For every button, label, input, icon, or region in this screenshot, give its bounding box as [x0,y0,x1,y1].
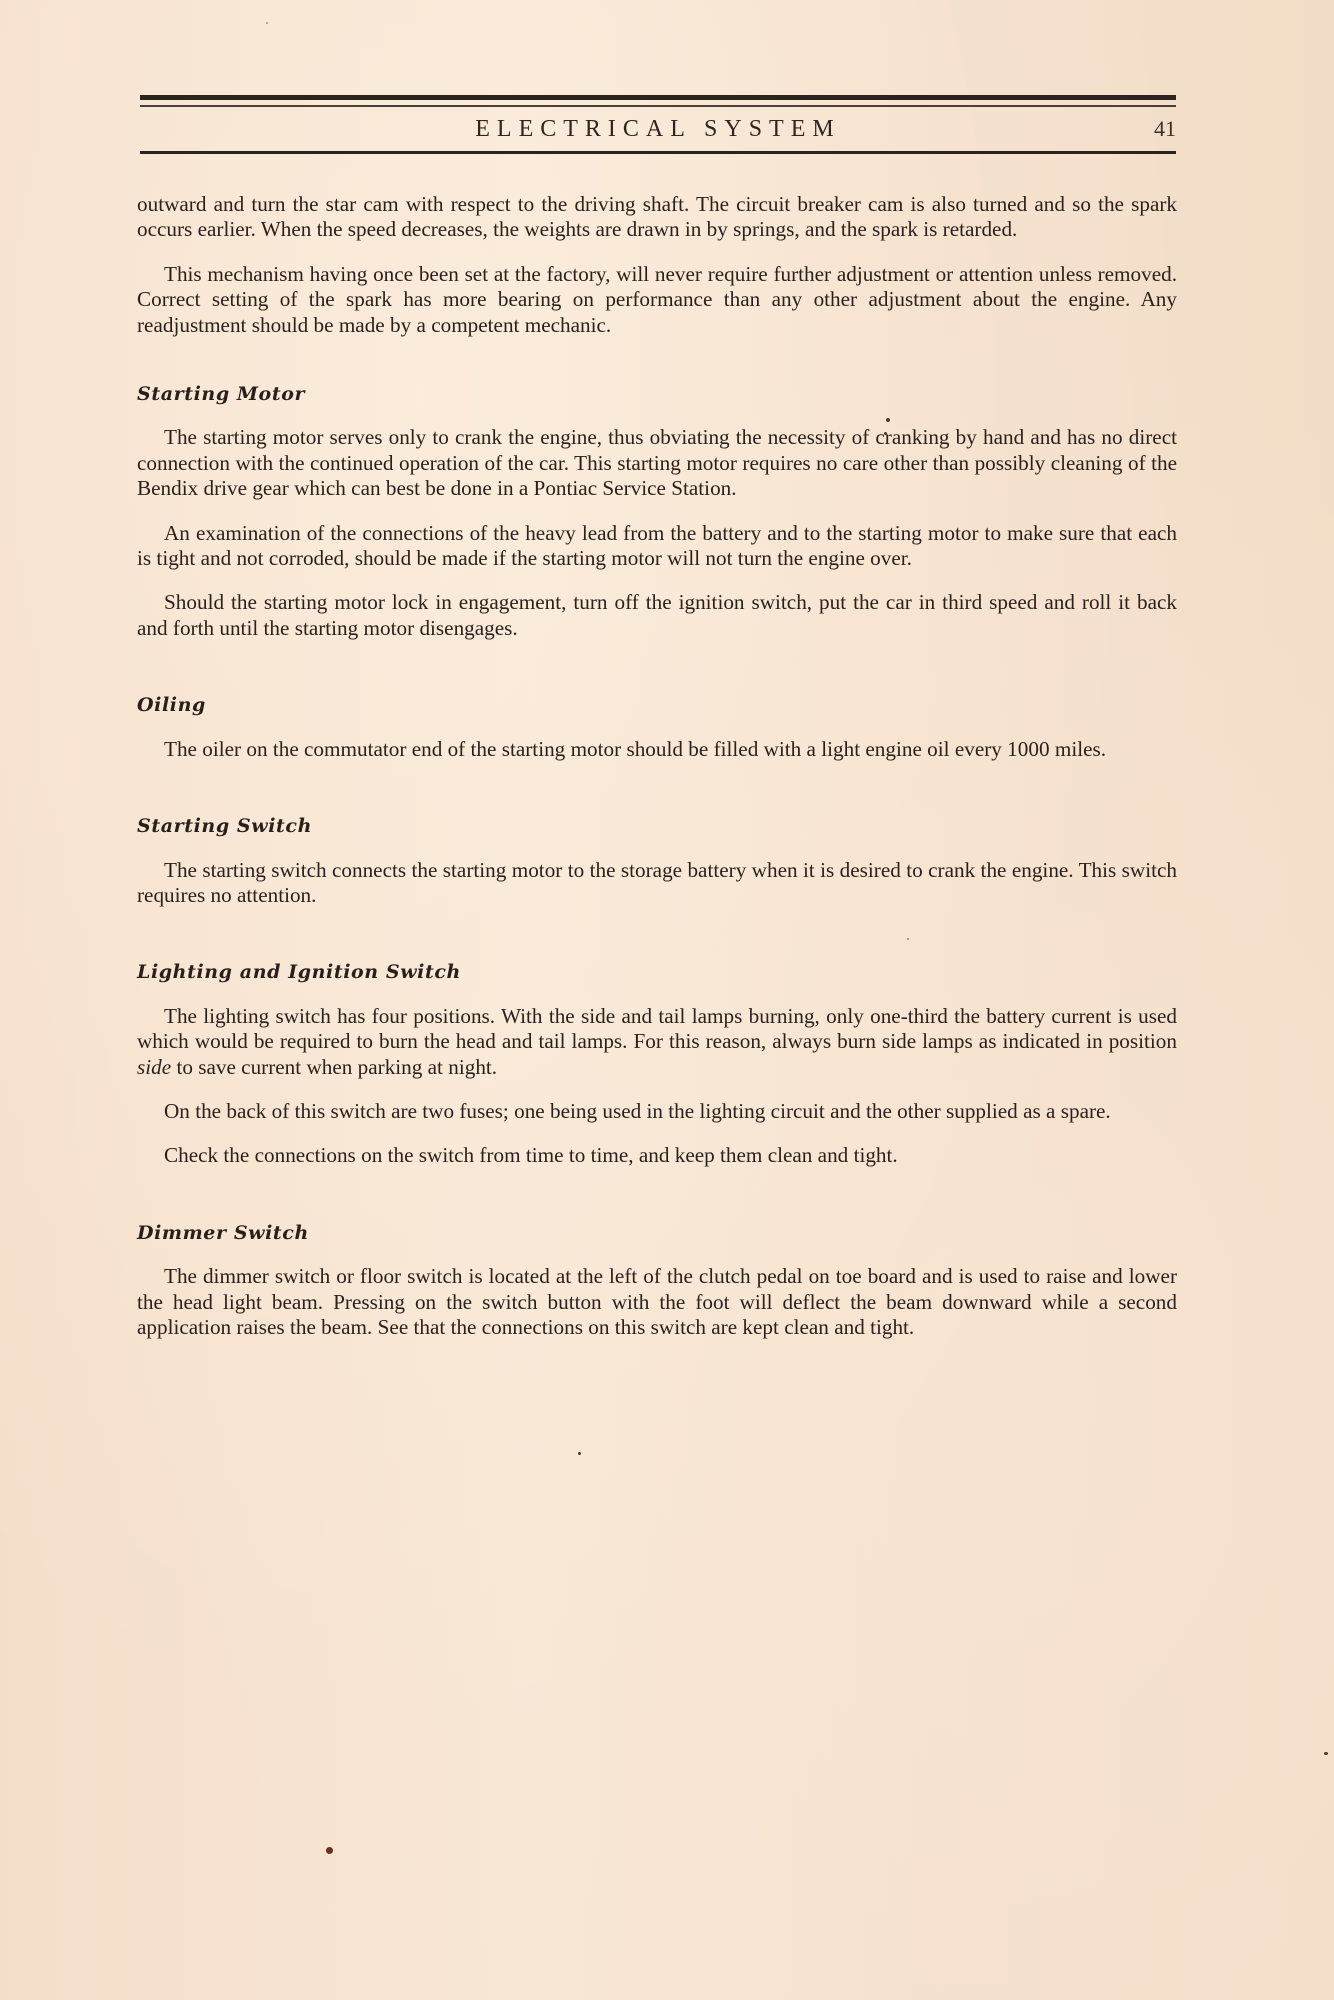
section-heading: Starting Switch [137,814,1177,839]
text-run: The lighting switch has four positions. … [137,1004,1177,1053]
body-paragraph: The starting motor serves only to crank … [137,425,1177,501]
section-lighting-ignition-switch: Lighting and Ignition Switch The lightin… [137,960,1177,1168]
section-heading: Dimmer Switch [137,1221,1177,1246]
header-rule-bottom [140,151,1176,154]
body-paragraph: An examination of the connections of the… [137,521,1177,572]
paper-speck [907,938,909,940]
body-paragraph: On the back of this switch are two fuses… [137,1099,1177,1124]
section-heading: Starting Motor [137,382,1177,407]
body-paragraph: Should the starting motor lock in engage… [137,590,1177,641]
book-page: ELECTRICAL SYSTEM 41 outward and turn th… [0,0,1334,2000]
body-paragraph: The dimmer switch or floor switch is loc… [137,1264,1177,1340]
intro-paragraph: This mechanism having once been set at t… [137,262,1177,338]
section-starting-switch: Starting Switch The starting switch conn… [137,814,1177,908]
body-paragraph: The lighting switch has four positions. … [137,1004,1177,1080]
running-title: ELECTRICAL SYSTEM [140,116,1176,143]
intro-paragraph-continued: outward and turn the star cam with respe… [137,192,1177,243]
header-rule-thick [140,95,1176,100]
section-dimmer-switch: Dimmer Switch The dimmer switch or floor… [137,1221,1177,1341]
paper-speck [578,1452,581,1455]
paper-speck [1324,1752,1328,1755]
page-body: outward and turn the star cam with respe… [137,192,1177,1359]
section-heading: Oiling [137,693,1177,718]
section-heading: Lighting and Ignition Switch [137,960,1177,985]
italic-term: side [137,1055,171,1079]
paper-speck [266,22,268,24]
text-run: to save current when parking at night. [171,1055,497,1079]
paper-speck [884,432,887,435]
section-starting-motor: Starting Motor The starting motor serves… [137,382,1177,641]
paper-speck [886,418,890,422]
body-paragraph: Check the connections on the switch from… [137,1143,1177,1168]
page-number: 41 [1154,116,1176,142]
body-paragraph: The oiler on the commutator end of the s… [137,737,1177,762]
running-head: ELECTRICAL SYSTEM 41 [140,112,1176,146]
header-rule-thin [140,105,1176,107]
paper-ink-dot [326,1847,333,1854]
section-oiling: Oiling The oiler on the commutator end o… [137,693,1177,762]
body-paragraph: The starting switch connects the startin… [137,858,1177,909]
